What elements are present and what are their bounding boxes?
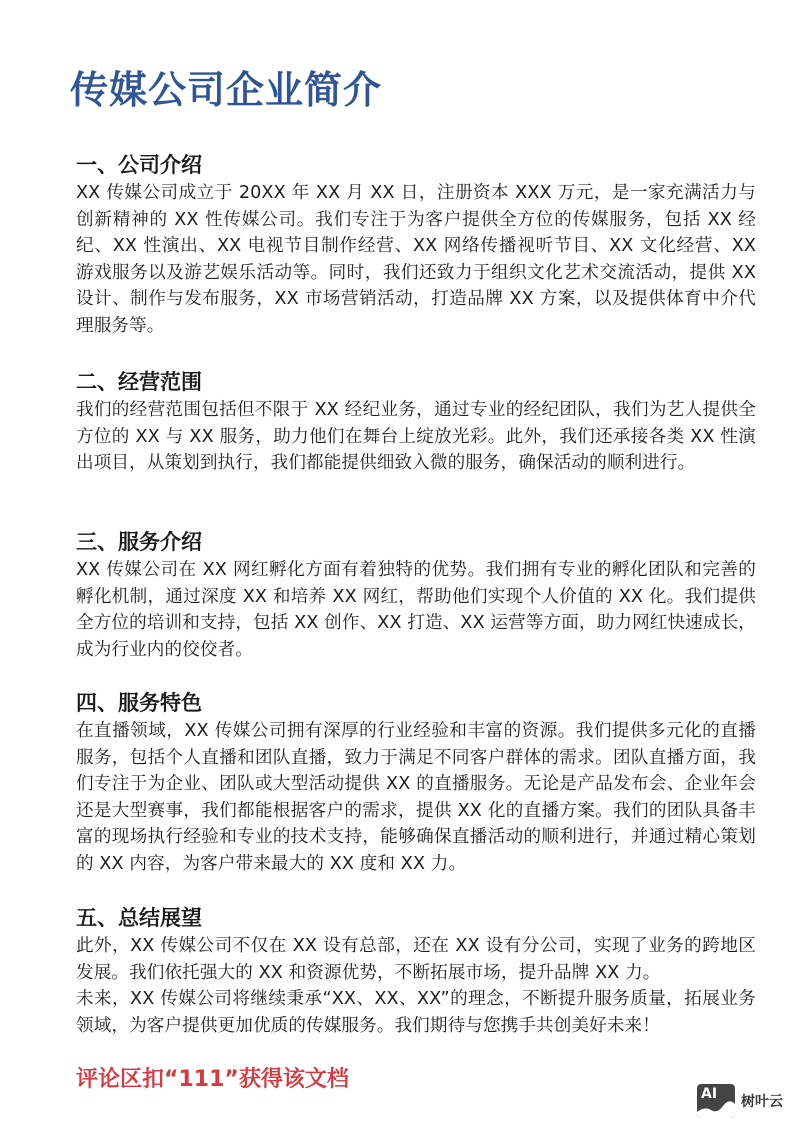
document-page: 传媒公司企业简介 一、公司介绍 XX 传媒公司成立于 20XX 年 XX 月 X… <box>0 0 800 1131</box>
section-company-intro: 一、公司介绍 XX 传媒公司成立于 20XX 年 XX 月 XX 日，注册资本 … <box>76 150 756 339</box>
brand-name: 树叶云 <box>741 1091 783 1111</box>
mountain-wave-icon <box>697 1100 735 1118</box>
section-paragraph: XX 传媒公司在 XX 网红孵化方面有着独特的优势。我们拥有专业的孵化团队和完善… <box>76 557 756 663</box>
section-heading: 五、总结展望 <box>76 903 756 933</box>
section-heading: 一、公司介绍 <box>76 150 756 180</box>
section-outlook: 五、总结展望 此外，XX 传媒公司不仅在 XX 设有总部，还在 XX 设有分公司… <box>76 903 756 1039</box>
ai-image-logo-icon: AI <box>697 1084 735 1118</box>
section-heading: 二、经营范围 <box>76 367 756 397</box>
section-paragraph: 未来，XX 传媒公司将继续秉承“XX、XX、XX”的理念，不断提升服务质量，拓展… <box>76 986 756 1039</box>
document-title: 传媒公司企业简介 <box>70 62 382 118</box>
section-service-features: 四、服务特色 在直播领域，XX 传媒公司拥有深厚的行业经验和丰富的资源。我们提供… <box>76 688 756 877</box>
section-paragraph: 在直播领域，XX 传媒公司拥有深厚的行业经验和丰富的资源。我们提供多元化的直播服… <box>76 718 756 877</box>
section-business-scope: 二、经营范围 我们的经营范围包括但不限于 XX 经纪业务，通过专业的经纪团队，我… <box>76 367 756 477</box>
section-paragraph: 我们的经营范围包括但不限于 XX 经纪业务，通过专业的经纪团队，我们为艺人提供全… <box>76 397 756 477</box>
section-heading: 四、服务特色 <box>76 688 756 718</box>
section-heading: 三、服务介绍 <box>76 527 756 557</box>
section-paragraph: XX 传媒公司成立于 20XX 年 XX 月 XX 日，注册资本 XXX 万元，… <box>76 180 756 339</box>
section-paragraph: 此外，XX 传媒公司不仅在 XX 设有总部，还在 XX 设有分公司，实现了业务的… <box>76 933 756 986</box>
watermark-logo: AI 树叶云 <box>697 1084 783 1118</box>
section-services: 三、服务介绍 XX 传媒公司在 XX 网红孵化方面有着独特的优势。我们拥有专业的… <box>76 527 756 663</box>
comment-cta: 评论区扣“111”获得该文档 <box>76 1060 349 1100</box>
